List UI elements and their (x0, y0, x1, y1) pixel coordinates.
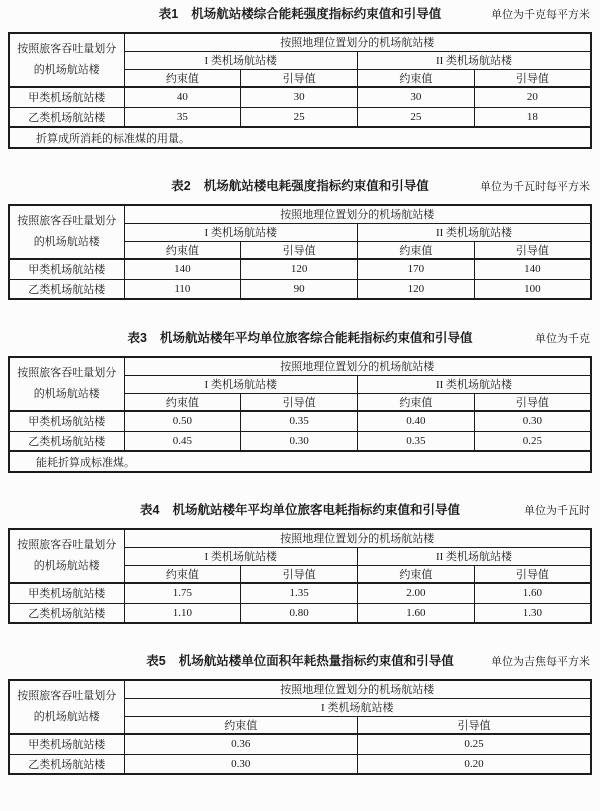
table3-unit: 单位为千克 (535, 332, 590, 346)
row-label-cell: 甲类机场航站楼 (9, 734, 124, 754)
throughput-class-header-cell: 按照旅客吞吐量划分的机场航站楼 (9, 33, 124, 87)
geo-class-header-cell: 按照地理位置划分的机场航站楼 (124, 680, 591, 698)
table-row: 甲类机场航站楼 140 120 170 140 (9, 259, 591, 279)
value-cell: 110 (124, 279, 241, 299)
table1-unit: 单位为千克每平方米 (491, 8, 590, 22)
subheader-cell: 约束值 (358, 393, 475, 411)
group2-header-cell: II 类机场航站楼 (358, 223, 592, 241)
value-cell: 1.75 (124, 583, 241, 603)
value-cell: 25 (358, 107, 475, 127)
table-header-row: 按照旅客吞吐量划分的机场航站楼 按照地理位置划分的机场航站楼 (9, 33, 591, 51)
table-row: 甲类机场航站楼 0.50 0.35 0.40 0.30 (9, 411, 591, 431)
subheader-cell: 引导值 (474, 241, 591, 259)
table1-caption: 表1机场航站楼综合能耗强度指标约束值和引导值 单位为千克每平方米 (8, 7, 592, 22)
value-cell: 170 (358, 259, 475, 279)
value-cell: 140 (124, 259, 241, 279)
value-cell: 30 (358, 87, 475, 107)
value-cell: 0.50 (124, 411, 241, 431)
value-cell: 1.60 (358, 603, 475, 623)
subheader-cell: 约束值 (124, 241, 241, 259)
table3-section: 表3机场航站楼年平均单位旅客综合能耗指标约束值和引导值 单位为千克 按照旅客吞吐… (8, 331, 592, 473)
subheader-cell: 引导值 (358, 716, 592, 734)
subheader-cell: 约束值 (124, 716, 358, 734)
table1-number: 表1 (159, 7, 178, 22)
value-cell: 1.60 (474, 583, 591, 603)
value-cell: 40 (124, 87, 241, 107)
group1-header-cell: I 类机场航站楼 (124, 223, 358, 241)
table2-unit: 单位为千瓦时每平方米 (480, 180, 590, 194)
throughput-class-header-cell: 按照旅客吞吐量划分的机场航站楼 (9, 357, 124, 411)
subheader-cell: 引导值 (474, 565, 591, 583)
geo-class-header-cell: 按照地理位置划分的机场航站楼 (124, 205, 591, 223)
value-cell: 0.35 (241, 411, 358, 431)
table5-unit: 单位为吉焦每平方米 (491, 655, 590, 669)
value-cell: 30 (241, 87, 358, 107)
table2-number: 表2 (171, 179, 190, 194)
value-cell: 25 (241, 107, 358, 127)
subheader-cell: 引导值 (241, 565, 358, 583)
value-cell: 0.30 (474, 411, 591, 431)
value-cell: 35 (124, 107, 241, 127)
value-cell: 100 (474, 279, 591, 299)
group1-header-cell: I 类机场航站楼 (124, 51, 358, 69)
row-label-cell: 乙类机场航站楼 (9, 107, 124, 127)
subheader-cell: 约束值 (124, 565, 241, 583)
table3: 按照旅客吞吐量划分的机场航站楼 按照地理位置划分的机场航站楼 I 类机场航站楼 … (8, 356, 592, 473)
value-cell: 0.25 (474, 431, 591, 451)
geo-class-header-cell: 按照地理位置划分的机场航站楼 (124, 33, 591, 51)
table1-title: 机场航站楼综合能耗强度指标约束值和引导值 (191, 7, 441, 22)
group2-header-cell: II 类机场航站楼 (358, 375, 592, 393)
value-cell: 2.00 (358, 583, 475, 603)
table-row: 甲类机场航站楼 0.36 0.25 (9, 734, 591, 754)
row-label-cell: 乙类机场航站楼 (9, 603, 124, 623)
value-cell: 0.30 (124, 754, 358, 774)
table1: 按照旅客吞吐量划分的机场航站楼 按照地理位置划分的机场航站楼 I 类机场航站楼 … (8, 32, 592, 149)
table-footnote-row: 能耗折算成标准煤。 (9, 451, 591, 472)
group1-header-cell: I 类机场航站楼 (124, 698, 591, 716)
table-header-row: 按照旅客吞吐量划分的机场航站楼 按照地理位置划分的机场航站楼 (9, 529, 591, 547)
table4-number: 表4 (140, 503, 159, 518)
table4-title: 机场航站楼年平均单位旅客电耗指标约束值和引导值 (172, 503, 460, 518)
table-footnote-row: 折算成所消耗的标准煤的用量。 (9, 127, 591, 148)
subheader-cell: 约束值 (358, 69, 475, 87)
row-label-cell: 甲类机场航站楼 (9, 583, 124, 603)
value-cell: 0.45 (124, 431, 241, 451)
table-row: 甲类机场航站楼 1.75 1.35 2.00 1.60 (9, 583, 591, 603)
table5-caption: 表5机场航站楼单位面积年耗热量指标约束值和引导值 单位为吉焦每平方米 (8, 654, 592, 669)
footnote-cell: 折算成所消耗的标准煤的用量。 (9, 127, 591, 148)
group1-header-cell: I 类机场航站楼 (124, 375, 358, 393)
subheader-cell: 引导值 (241, 69, 358, 87)
subheader-cell: 引导值 (241, 393, 358, 411)
value-cell: 1.10 (124, 603, 241, 623)
table-row: 乙类机场航站楼 0.30 0.20 (9, 754, 591, 774)
group2-header-cell: II 类机场航站楼 (358, 547, 592, 565)
value-cell: 0.80 (241, 603, 358, 623)
row-label-cell: 甲类机场航站楼 (9, 259, 124, 279)
table-row: 乙类机场航站楼 110 90 120 100 (9, 279, 591, 299)
subheader-cell: 引导值 (241, 241, 358, 259)
value-cell: 0.40 (358, 411, 475, 431)
table4: 按照旅客吞吐量划分的机场航站楼 按照地理位置划分的机场航站楼 I 类机场航站楼 … (8, 528, 592, 624)
table5-section: 表5机场航站楼单位面积年耗热量指标约束值和引导值 单位为吉焦每平方米 按照旅客吞… (8, 654, 592, 775)
value-cell: 0.30 (241, 431, 358, 451)
table-header-row: 按照旅客吞吐量划分的机场航站楼 按照地理位置划分的机场航站楼 (9, 205, 591, 223)
table2-section: 表2机场航站楼电耗强度指标约束值和引导值 单位为千瓦时每平方米 按照旅客吞吐量划… (8, 179, 592, 300)
table2: 按照旅客吞吐量划分的机场航站楼 按照地理位置划分的机场航站楼 I 类机场航站楼 … (8, 204, 592, 300)
subheader-cell: 约束值 (358, 241, 475, 259)
table-header-row: 按照旅客吞吐量划分的机场航站楼 按照地理位置划分的机场航站楼 (9, 680, 591, 698)
group1-header-cell: I 类机场航站楼 (124, 547, 358, 565)
row-label-cell: 甲类机场航站楼 (9, 87, 124, 107)
table3-caption: 表3机场航站楼年平均单位旅客综合能耗指标约束值和引导值 单位为千克 (8, 331, 592, 346)
subheader-cell: 引导值 (474, 393, 591, 411)
row-label-cell: 乙类机场航站楼 (9, 431, 124, 451)
value-cell: 1.35 (241, 583, 358, 603)
geo-class-header-cell: 按照地理位置划分的机场航站楼 (124, 357, 591, 375)
table-row: 乙类机场航站楼 1.10 0.80 1.60 1.30 (9, 603, 591, 623)
value-cell: 120 (358, 279, 475, 299)
footnote-cell: 能耗折算成标准煤。 (9, 451, 591, 472)
table-row: 乙类机场航站楼 35 25 25 18 (9, 107, 591, 127)
table5-number: 表5 (146, 654, 165, 669)
value-cell: 90 (241, 279, 358, 299)
subheader-cell: 约束值 (358, 565, 475, 583)
value-cell: 140 (474, 259, 591, 279)
table5: 按照旅客吞吐量划分的机场航站楼 按照地理位置划分的机场航站楼 I 类机场航站楼 … (8, 679, 592, 775)
value-cell: 0.36 (124, 734, 358, 754)
value-cell: 18 (474, 107, 591, 127)
table3-title: 机场航站楼年平均单位旅客综合能耗指标约束值和引导值 (160, 331, 473, 346)
row-label-cell: 甲类机场航站楼 (9, 411, 124, 431)
subheader-cell: 引导值 (474, 69, 591, 87)
subheader-cell: 约束值 (124, 69, 241, 87)
row-label-cell: 乙类机场航站楼 (9, 279, 124, 299)
document-page: 表1机场航站楼综合能耗强度指标约束值和引导值 单位为千克每平方米 按照旅客吞吐量… (0, 0, 600, 811)
table4-unit: 单位为千瓦时 (524, 504, 590, 518)
table2-caption: 表2机场航站楼电耗强度指标约束值和引导值 单位为千瓦时每平方米 (8, 179, 592, 194)
table-row: 乙类机场航站楼 0.45 0.30 0.35 0.25 (9, 431, 591, 451)
value-cell: 0.25 (358, 734, 592, 754)
throughput-class-header-cell: 按照旅客吞吐量划分的机场航站楼 (9, 205, 124, 259)
table3-number: 表3 (128, 331, 147, 346)
value-cell: 0.20 (358, 754, 592, 774)
value-cell: 0.35 (358, 431, 475, 451)
value-cell: 20 (474, 87, 591, 107)
table-header-row: 按照旅客吞吐量划分的机场航站楼 按照地理位置划分的机场航站楼 (9, 357, 591, 375)
table5-title: 机场航站楼单位面积年耗热量指标约束值和引导值 (179, 654, 454, 669)
table4-section: 表4机场航站楼年平均单位旅客电耗指标约束值和引导值 单位为千瓦时 按照旅客吞吐量… (8, 503, 592, 624)
table2-title: 机场航站楼电耗强度指标约束值和引导值 (204, 179, 429, 194)
subheader-cell: 约束值 (124, 393, 241, 411)
table-row: 甲类机场航站楼 40 30 30 20 (9, 87, 591, 107)
value-cell: 120 (241, 259, 358, 279)
throughput-class-header-cell: 按照旅客吞吐量划分的机场航站楼 (9, 529, 124, 583)
throughput-class-header-cell: 按照旅客吞吐量划分的机场航站楼 (9, 680, 124, 734)
value-cell: 1.30 (474, 603, 591, 623)
table4-caption: 表4机场航站楼年平均单位旅客电耗指标约束值和引导值 单位为千瓦时 (8, 503, 592, 518)
geo-class-header-cell: 按照地理位置划分的机场航站楼 (124, 529, 591, 547)
row-label-cell: 乙类机场航站楼 (9, 754, 124, 774)
table1-section: 表1机场航站楼综合能耗强度指标约束值和引导值 单位为千克每平方米 按照旅客吞吐量… (8, 7, 592, 149)
group2-header-cell: II 类机场航站楼 (358, 51, 592, 69)
